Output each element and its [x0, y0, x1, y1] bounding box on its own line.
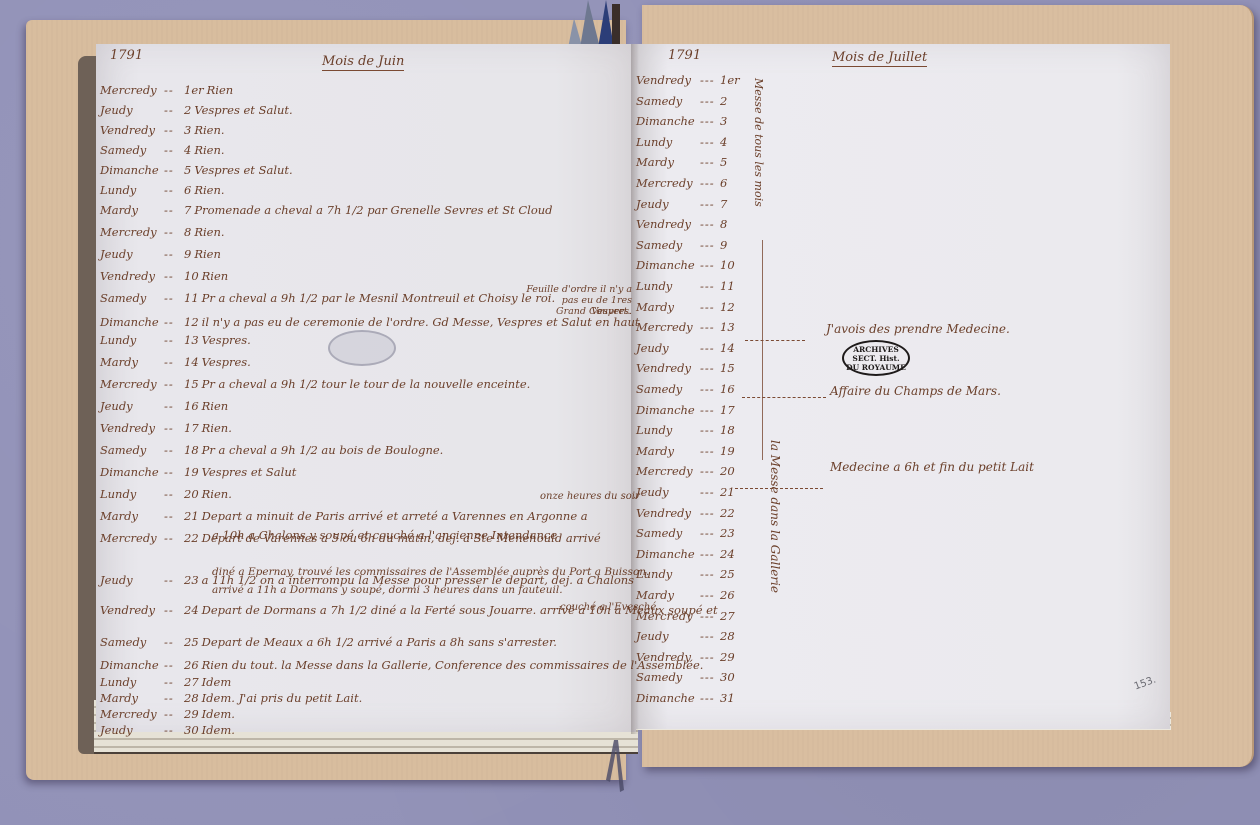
day-row: Lundy--6Rien.: [100, 180, 225, 200]
day-row: Jeudy--9Rien: [100, 244, 221, 264]
dash-leader: ---: [700, 503, 720, 523]
day-name: Jeudy: [100, 396, 164, 416]
dash-leader: ---: [700, 132, 720, 152]
dash-leader: ---: [700, 400, 720, 420]
day-row: Dimanche---24: [636, 544, 735, 564]
day-number: 27: [720, 606, 735, 626]
day-number: 4: [184, 140, 191, 160]
day-number: 16: [184, 396, 199, 416]
day-row: Lundy---25: [636, 564, 735, 584]
day-name: Lundy: [636, 420, 700, 440]
day-row: Samedy---16: [636, 379, 735, 399]
day-row: Jeudy---7: [636, 194, 727, 214]
dash-leader: --: [164, 418, 184, 438]
dash-leader: ---: [700, 647, 720, 667]
day-number: 17: [184, 418, 199, 438]
day-name: Jeudy: [100, 720, 164, 740]
dash-leader: --: [164, 570, 184, 590]
day-name: Mercredy: [100, 374, 164, 394]
day-number: 13: [720, 317, 735, 337]
entry-21: Medecine a 6h et fin du petit Lait: [830, 460, 1034, 474]
day-number: 25: [184, 632, 199, 652]
day-number: 25: [720, 564, 735, 584]
day-row: Vendredy---15: [636, 358, 735, 378]
dash-leader: ---: [700, 585, 720, 605]
day-name: Vendredy: [100, 600, 164, 620]
dash-leader: --: [164, 312, 184, 332]
day-number: 24: [720, 544, 735, 564]
dash-leader: --: [164, 600, 184, 620]
day-name: Dimanche: [636, 688, 700, 708]
day-row: Mardy---12: [636, 297, 735, 317]
day-entry: il n'y a pas eu de ceremonie de l'ordre.…: [202, 315, 640, 329]
day-number: 11: [720, 276, 735, 296]
left-year: 1791: [110, 48, 143, 63]
day-name: Lundy: [100, 180, 164, 200]
day-number: 20: [184, 484, 199, 504]
day-name: Mardy: [636, 297, 700, 317]
day-name: Vendredy: [100, 266, 164, 286]
day-entry: Rien: [202, 269, 229, 283]
day-entry: Rien: [207, 83, 234, 97]
dash-leader: --: [164, 180, 184, 200]
day-number: 13: [184, 330, 199, 350]
day-name: Samedy: [636, 91, 700, 111]
day-name: Mardy: [636, 152, 700, 172]
day-name: Samedy: [636, 667, 700, 687]
dash-leader: --: [164, 396, 184, 416]
dash-leader: --: [164, 266, 184, 286]
day-entry: Rien.: [202, 421, 232, 435]
day-row: Vendredy---8: [636, 214, 727, 234]
vertical-note-top: Messe de tous les mois: [752, 78, 765, 207]
dash-leader: --: [164, 244, 184, 264]
day-number: 22: [184, 528, 199, 548]
day-entry: Vespres et Salut.: [194, 103, 292, 117]
dash-leader: --: [164, 484, 184, 504]
day-number: 28: [720, 626, 735, 646]
day-name: Vendredy: [636, 214, 700, 234]
day-name: Mardy: [100, 200, 164, 220]
day-name: Lundy: [636, 276, 700, 296]
vertical-note-bottom: la Messe dans la Gallerie: [768, 440, 782, 593]
day-entry: Rien.: [194, 123, 224, 137]
day-name: Mardy: [100, 506, 164, 526]
dash-leader: ---: [700, 564, 720, 584]
day-row: Samedy--11Pr a cheval a 9h 1/2 par le Me…: [100, 288, 555, 308]
day-name: Dimanche: [100, 312, 164, 332]
entry-17: Affaire du Champs de Mars.: [830, 384, 1001, 398]
day-entry: Rien: [202, 399, 229, 413]
day-row: Lundy--13Vespres.: [100, 330, 251, 350]
dash-leader: ---: [700, 214, 720, 234]
dash-leader: --: [164, 720, 184, 740]
dash-leader: --: [164, 506, 184, 526]
day-entry: Rien.: [202, 487, 232, 501]
day-number: 8: [720, 214, 727, 234]
day-number: 3: [720, 111, 727, 131]
faded-stamp: [328, 330, 396, 366]
day-entry: Vespres.: [202, 355, 251, 369]
entry-13: J'avois des prendre Medecine.: [826, 322, 1010, 336]
day-row: Dimanche---3: [636, 111, 727, 131]
day-name: Vendredy: [636, 358, 700, 378]
dash-leader: ---: [700, 523, 720, 543]
day-entry: Promenade a cheval a 7h 1/2 par Grenelle…: [194, 203, 552, 217]
leader-17: [742, 397, 826, 398]
day-name: Mardy: [636, 441, 700, 461]
day-row: Mardy--7Promenade a cheval a 7h 1/2 par …: [100, 200, 553, 220]
day-entry: Pr a cheval a 9h 1/2 au bois de Boulogne…: [202, 443, 444, 457]
day-row: Lundy---11: [636, 276, 735, 296]
day-row: Mercredy--8Rien.: [100, 222, 225, 242]
stamp-line-3: DU ROYAUME: [844, 363, 908, 372]
day-name: Vendredy: [636, 503, 700, 523]
day-name: Dimanche: [636, 255, 700, 275]
day-name: Lundy: [636, 132, 700, 152]
day-row: Samedy--25Depart de Meaux a 6h 1/2 arriv…: [100, 632, 557, 652]
ribbon-bookmark-icon: [560, 0, 630, 48]
day-number: 12: [184, 312, 199, 332]
day-name: Jeudy: [636, 482, 700, 502]
day-number: 11: [184, 288, 199, 308]
dash-leader: ---: [700, 235, 720, 255]
day-number: 10: [720, 255, 735, 275]
day-entry: Pr a cheval a 9h 1/2 tour le tour de la …: [202, 377, 531, 391]
day-row: Dimanche---17: [636, 400, 735, 420]
day-name: Mercredy: [100, 528, 164, 548]
day-number: 21: [720, 482, 735, 502]
day-row: Samedy---9: [636, 235, 727, 255]
day-number: 5: [184, 160, 191, 180]
day-number: 3: [184, 120, 191, 140]
dash-leader: ---: [700, 358, 720, 378]
dash-leader: --: [164, 374, 184, 394]
dash-leader: --: [164, 120, 184, 140]
dash-leader: ---: [700, 420, 720, 440]
day-name: Vendredy: [636, 647, 700, 667]
dash-leader: ---: [700, 461, 720, 481]
day-entry: Vespres et Salut.: [194, 163, 292, 177]
margin-note-12: Grand Couvert.: [556, 306, 631, 317]
dash-leader: --: [164, 352, 184, 372]
day-entry: Rien.: [194, 225, 224, 239]
day-row: Jeudy---21: [636, 482, 735, 502]
day-row: Vendredy---22: [636, 503, 735, 523]
day-name: Vendredy: [100, 418, 164, 438]
day-number: 18: [184, 440, 199, 460]
day-number: 7: [184, 200, 191, 220]
dash-leader: ---: [700, 152, 720, 172]
day-number: 16: [720, 379, 735, 399]
dash-leader: --: [164, 200, 184, 220]
day-row: Vendredy---29: [636, 647, 735, 667]
dash-leader: ---: [700, 482, 720, 502]
dash-leader: --: [164, 80, 184, 100]
dash-leader: ---: [700, 317, 720, 337]
day-row: Mardy---26: [636, 585, 735, 605]
day-number: 6: [184, 180, 191, 200]
dash-leader: --: [164, 222, 184, 242]
day-name: Samedy: [100, 140, 164, 160]
right-month-title: Mois de Juillet: [832, 50, 927, 67]
day-entry: Rien du tout. la Messe dans la Gallerie,…: [202, 658, 704, 672]
day-number: 24: [184, 600, 199, 620]
day-number: 6: [720, 173, 727, 193]
day-name: Jeudy: [636, 626, 700, 646]
dash-leader: --: [164, 140, 184, 160]
day-number: 2: [720, 91, 727, 111]
day-name: Mercredy: [636, 606, 700, 626]
day-number: 5: [720, 152, 727, 172]
day-row: Mercredy--1erRien: [100, 80, 233, 100]
day-name: Samedy: [100, 440, 164, 460]
day-entry: Vespres.: [202, 333, 251, 347]
day-row: Samedy--4Rien.: [100, 140, 225, 160]
day-name: Lundy: [100, 484, 164, 504]
day-row: Dimanche--5Vespres et Salut.: [100, 160, 293, 180]
day-number: 9: [720, 235, 727, 255]
day-row: Vendredy--17Rien.: [100, 418, 232, 438]
day-number: 26: [720, 585, 735, 605]
day-number: 1er: [184, 80, 204, 100]
day-name: Lundy: [100, 330, 164, 350]
dash-leader: ---: [700, 379, 720, 399]
left-month-title: Mois de Juin: [322, 54, 404, 71]
dash-leader: --: [164, 100, 184, 120]
dash-leader: --: [164, 330, 184, 350]
archives-stamp: ARCHIVES SECT. Hist. DU ROYAUME: [842, 340, 910, 376]
day-name: Jeudy: [636, 194, 700, 214]
dash-leader: ---: [700, 688, 720, 708]
day-row: Mardy---19: [636, 441, 735, 461]
day-name: Mercredy: [636, 461, 700, 481]
dash-leader: ---: [700, 544, 720, 564]
day-row: Samedy---23: [636, 523, 735, 543]
continuation-23b: arrivé a 11h a Dormans y soupé, dormi 3 …: [212, 584, 563, 596]
day-row: Samedy---30: [636, 667, 735, 687]
day-name: Samedy: [100, 288, 164, 308]
dash-leader: ---: [700, 111, 720, 131]
dash-leader: ---: [700, 441, 720, 461]
day-row: Jeudy--30Idem.: [100, 720, 235, 740]
day-name: Vendredy: [100, 120, 164, 140]
day-entry: Depart a minuit de Paris arrivé et arret…: [202, 509, 588, 523]
dash-leader: ---: [700, 173, 720, 193]
day-number: 7: [720, 194, 727, 214]
day-entry: Rien.: [194, 143, 224, 157]
dash-leader: ---: [700, 626, 720, 646]
day-row: Jeudy--2Vespres et Salut.: [100, 100, 293, 120]
continuation-23a: diné a Epernay, trouvé les commissaires …: [212, 566, 649, 578]
day-number: 14: [720, 338, 735, 358]
dash-leader: --: [164, 462, 184, 482]
day-number: 18: [720, 420, 735, 440]
day-name: Vendredy: [636, 70, 700, 90]
day-row: Lundy---4: [636, 132, 727, 152]
day-number: 29: [720, 647, 735, 667]
bracket-line: [762, 240, 763, 460]
day-row: Lundy---18: [636, 420, 735, 440]
day-row: Mardy--21Depart a minuit de Paris arrivé…: [100, 506, 588, 526]
day-name: Dimanche: [636, 111, 700, 131]
day-name: Jeudy: [100, 570, 164, 590]
day-number: 19: [184, 462, 199, 482]
day-name: Samedy: [636, 379, 700, 399]
ribbon-tail-icon: [596, 740, 636, 800]
day-number: 2: [184, 100, 191, 120]
stamp-line-2: SECT. Hist.: [844, 354, 908, 363]
day-entry: Idem.: [202, 723, 235, 737]
dash-leader: ---: [700, 276, 720, 296]
dash-leader: --: [164, 160, 184, 180]
day-row: Mardy---5: [636, 152, 727, 172]
dash-leader: ---: [700, 194, 720, 214]
day-name: Lundy: [636, 564, 700, 584]
day-row: Jeudy---14: [636, 338, 735, 358]
dash-leader: --: [164, 440, 184, 460]
dash-leader: ---: [700, 667, 720, 687]
day-row: Jeudy--16Rien: [100, 396, 228, 416]
day-row: Vendredy--10Rien: [100, 266, 228, 286]
day-name: Dimanche: [100, 160, 164, 180]
day-entry: Vespres et Salut: [202, 465, 297, 479]
day-name: Mercredy: [636, 173, 700, 193]
day-number: 12: [720, 297, 735, 317]
day-number: 21: [184, 506, 199, 526]
day-row: Vendredy---1er: [636, 70, 740, 90]
day-entry: Rien: [194, 247, 221, 261]
day-number: 19: [720, 441, 735, 461]
day-number: 23: [184, 570, 199, 590]
day-number: 17: [720, 400, 735, 420]
day-number: 30: [720, 667, 735, 687]
day-row: Mercredy--15Pr a cheval a 9h 1/2 tour le…: [100, 374, 530, 394]
day-row: Dimanche--19Vespres et Salut: [100, 462, 296, 482]
day-name: Jeudy: [100, 100, 164, 120]
day-number: 1er: [720, 70, 740, 90]
day-name: Dimanche: [636, 544, 700, 564]
day-name: Samedy: [636, 523, 700, 543]
day-row: Lundy--20Rien.: [100, 484, 232, 504]
day-entry: Rien.: [194, 183, 224, 197]
continuation-21: onze heures du soir: [540, 491, 640, 502]
day-entry: Pr a cheval a 9h 1/2 par le Mesnil Montr…: [202, 291, 556, 305]
day-name: Jeudy: [100, 244, 164, 264]
day-entry: Depart de Meaux a 6h 1/2 arrivé a Paris …: [202, 635, 557, 649]
day-number: 22: [720, 503, 735, 523]
day-name: Dimanche: [636, 400, 700, 420]
day-row: Dimanche---31: [636, 688, 735, 708]
day-row: Samedy--18Pr a cheval a 9h 1/2 au bois d…: [100, 440, 443, 460]
day-row: Mercredy---13: [636, 317, 735, 337]
day-row: Mardy--14Vespres.: [100, 352, 251, 372]
day-number: 10: [184, 266, 199, 286]
day-number: 8: [184, 222, 191, 242]
dash-leader: ---: [700, 255, 720, 275]
day-number: 20: [720, 461, 735, 481]
day-name: Jeudy: [636, 338, 700, 358]
dash-leader: ---: [700, 70, 720, 90]
dash-leader: ---: [700, 91, 720, 111]
stamp-line-1: ARCHIVES: [844, 345, 908, 354]
day-row: Samedy---2: [636, 91, 727, 111]
day-name: Mercredy: [100, 222, 164, 242]
day-row: Dimanche---10: [636, 255, 735, 275]
day-number: 9: [184, 244, 191, 264]
day-entry: Idem. J'ai pris du petit Lait.: [202, 691, 363, 705]
day-row: Mercredy---27: [636, 606, 735, 626]
day-name: Samedy: [100, 632, 164, 652]
day-name: Mardy: [636, 585, 700, 605]
right-year: 1791: [668, 48, 701, 63]
day-number: 14: [184, 352, 199, 372]
day-entry: Idem: [202, 675, 232, 689]
day-row: Mercredy---6: [636, 173, 727, 193]
day-name: Mercredy: [100, 80, 164, 100]
day-number: 23: [720, 523, 735, 543]
day-number: 15: [184, 374, 199, 394]
leader-21: [735, 488, 823, 489]
day-name: Mercredy: [636, 317, 700, 337]
leader-13: [745, 340, 805, 341]
day-number: 4: [720, 132, 727, 152]
day-row: Jeudy---28: [636, 626, 735, 646]
day-number: 15: [720, 358, 735, 378]
day-name: Mardy: [100, 352, 164, 372]
dash-leader: ---: [700, 606, 720, 626]
day-name: Dimanche: [100, 462, 164, 482]
dash-leader: --: [164, 632, 184, 652]
day-number: 30: [184, 720, 199, 740]
continuation-22: a 10h a Chalons y soupé et couché a l'an…: [212, 528, 557, 542]
dash-leader: --: [164, 528, 184, 548]
day-number: 31: [720, 688, 735, 708]
dash-leader: ---: [700, 338, 720, 358]
dash-leader: --: [164, 288, 184, 308]
day-row: Mercredy---20: [636, 461, 735, 481]
dash-leader: ---: [700, 297, 720, 317]
day-entry: Idem.: [202, 707, 235, 721]
day-name: Samedy: [636, 235, 700, 255]
day-row: Vendredy--3Rien.: [100, 120, 225, 140]
